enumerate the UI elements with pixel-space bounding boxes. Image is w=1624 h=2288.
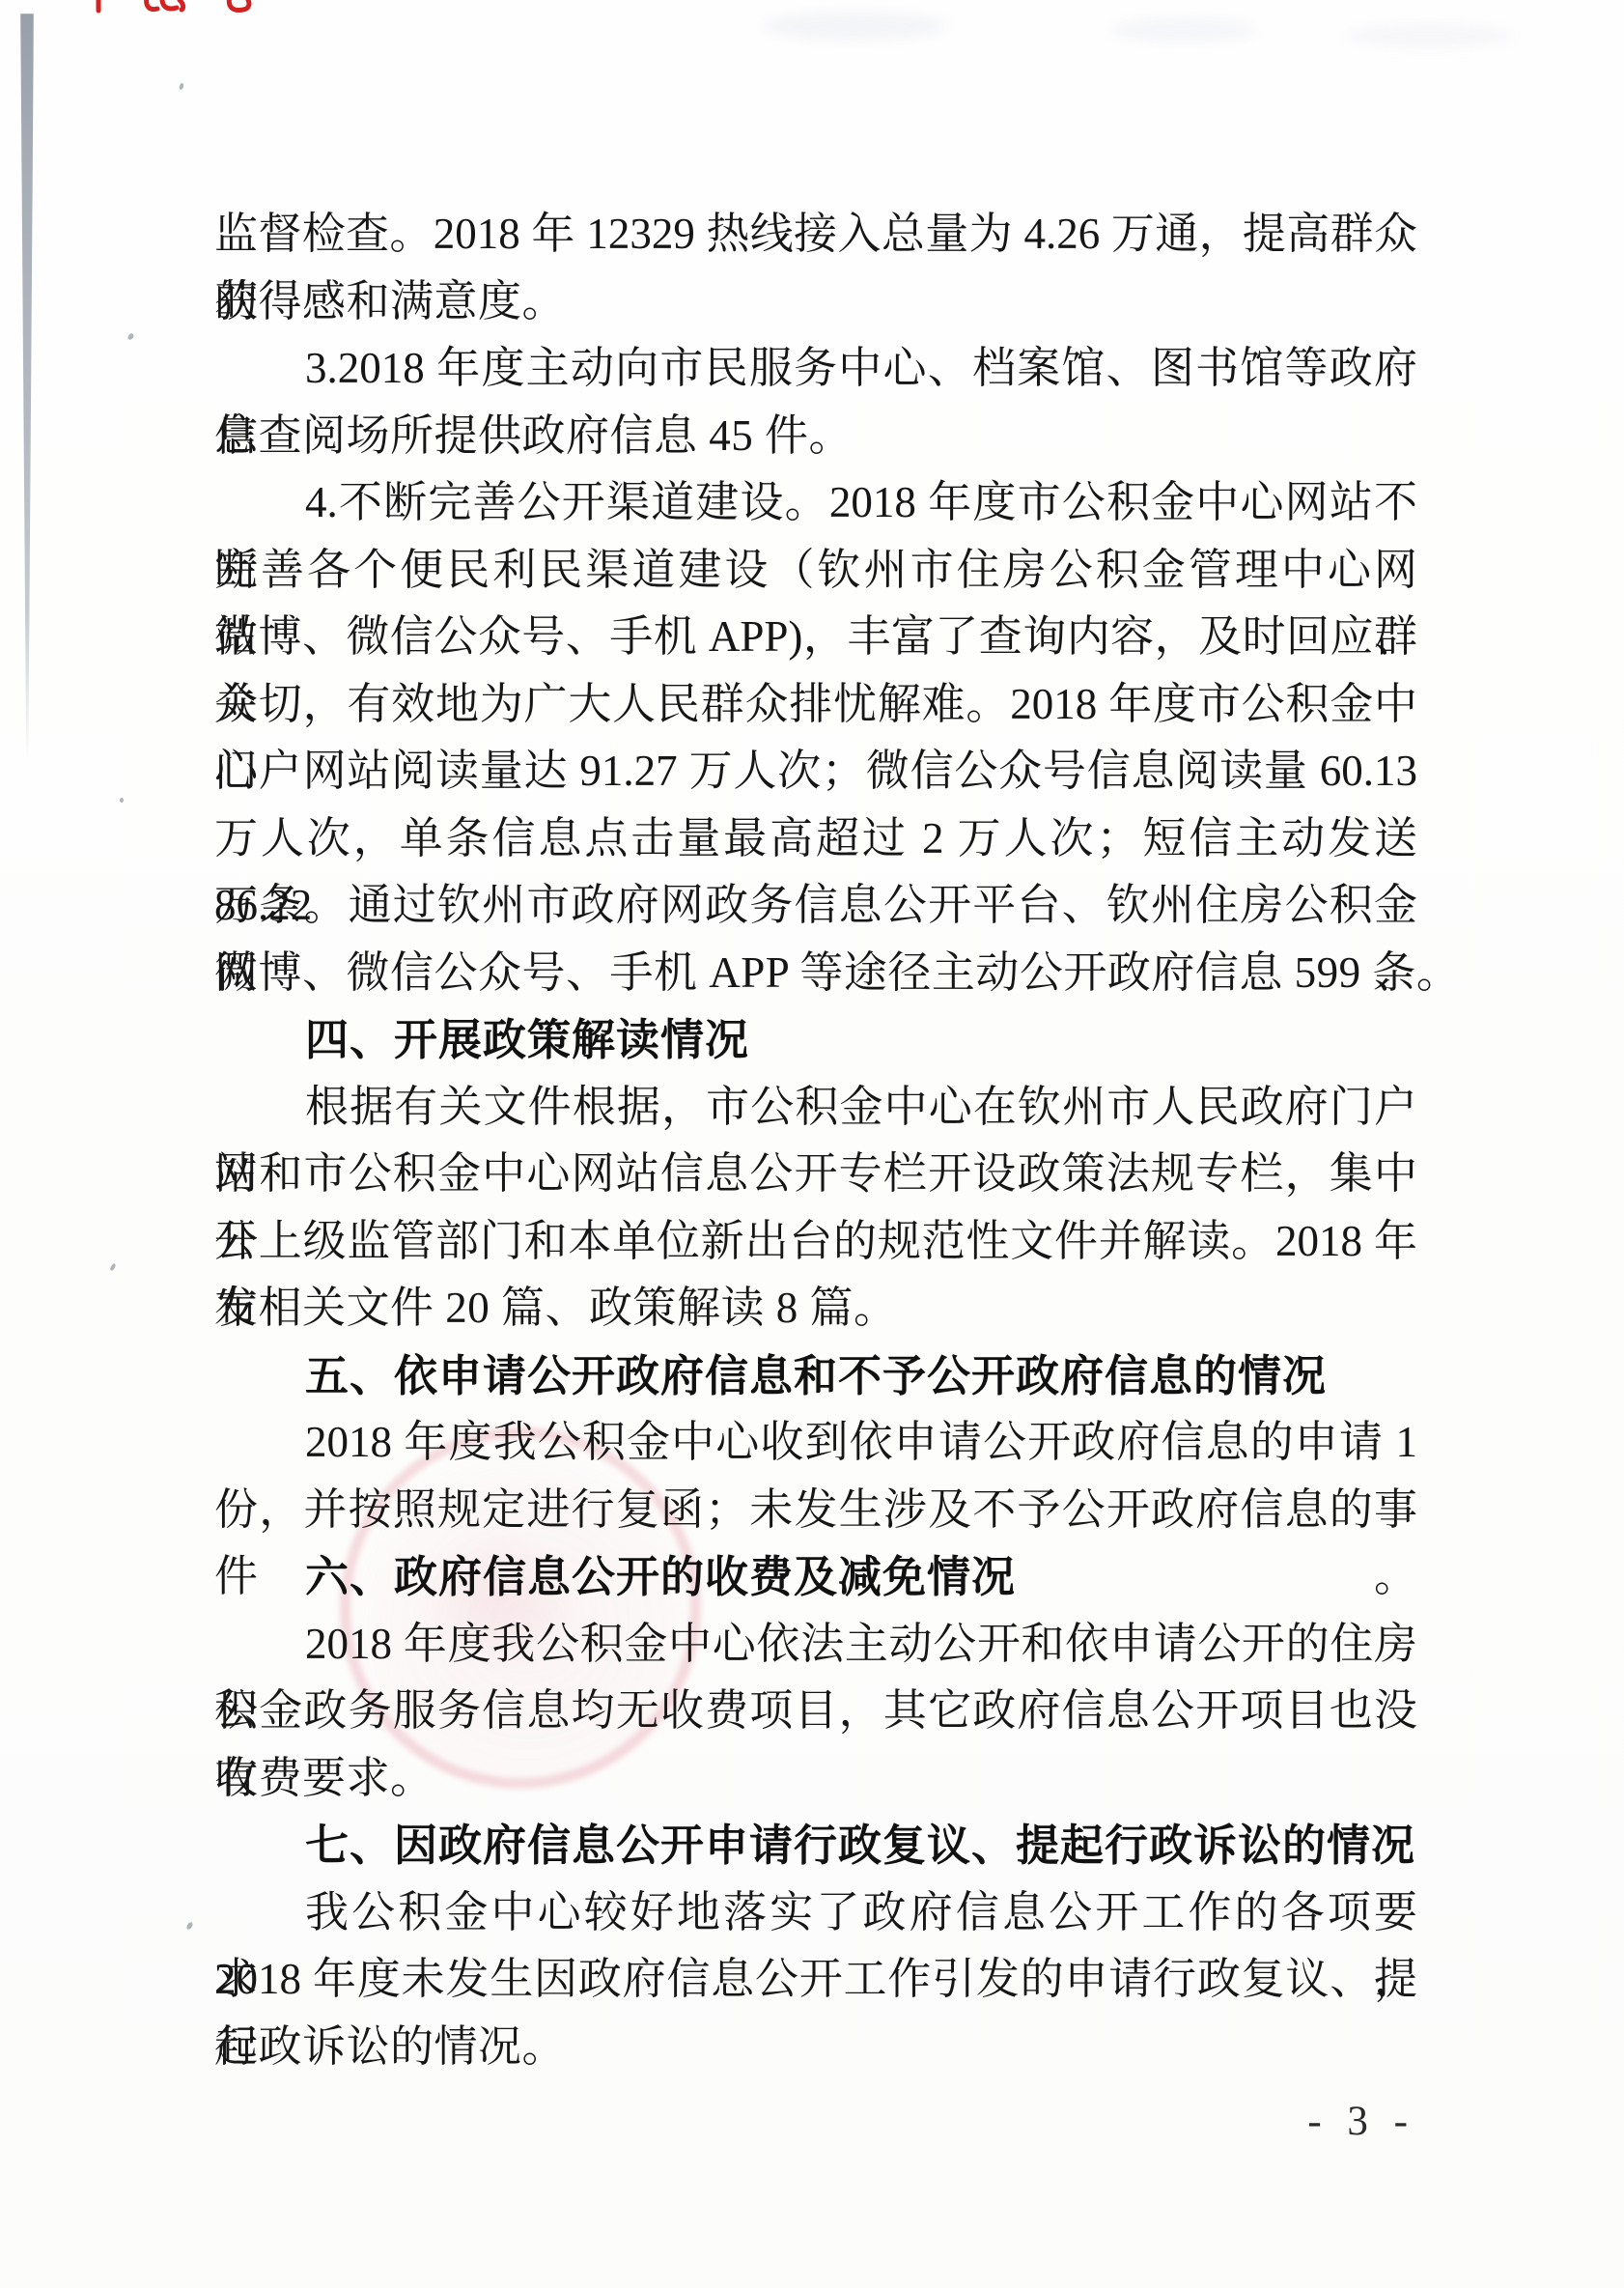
text-line: 万条。通过钦州市政府网政务信息公开平台、钦州住房公积金网、 bbox=[214, 872, 1417, 940]
scan-fleck bbox=[185, 1921, 194, 1930]
text-line: 份，并按照规定进行复函；未发生涉及不予公开政府信息的事件。 bbox=[214, 1477, 1417, 1544]
text-line: 息查阅场所提供政府信息 45 件。 bbox=[214, 403, 1417, 470]
text-line: 门户网站阅读量达 91.27 万人次；微信公众号信息阅读量 60.13 bbox=[214, 738, 1417, 805]
scanned-document-page: 监督检查。2018 年 12329 热线接入总量为 4.26 万通，提高群众的获… bbox=[0, 0, 1624, 2288]
scan-edge-shadow bbox=[19, 14, 34, 759]
text-line: 积金政务服务信息均无收费项目，其它政府信息公开项目也没有 bbox=[214, 1678, 1417, 1745]
scan-fleck bbox=[109, 1263, 116, 1272]
text-line: 2018 年度我公积金中心收到依申请公开政府信息的申请 1 bbox=[214, 1409, 1417, 1477]
text-line: 微博、微信公众号、手机 APP)，丰富了查询内容，及时回应群众 bbox=[214, 604, 1417, 671]
text-line: 完善各个便民利民渠道建设（钦州市住房公积金管理中心网站、 bbox=[214, 537, 1417, 605]
bleedthrough-smudge bbox=[763, 12, 946, 41]
text-line: 开上级监管部门和本单位新出台的规范性文件并解读。2018 年发 bbox=[214, 1208, 1417, 1276]
section-heading: 七、因政府信息公开申请行政复议、提起行政诉讼的情况 bbox=[214, 1812, 1417, 1879]
text-line: 获得感和满意度。 bbox=[214, 268, 1417, 336]
scan-fleck bbox=[120, 798, 125, 804]
bleedthrough-smudge bbox=[1347, 23, 1511, 48]
bleedthrough-smudge bbox=[1110, 17, 1255, 42]
text-line: 根据有关文件根据，市公积金中心在钦州市人民政府门户网 bbox=[214, 1074, 1417, 1142]
text-line: 收费要求。 bbox=[214, 1745, 1417, 1813]
section-heading: 四、开展政策解读情况 bbox=[214, 1006, 1417, 1074]
text-line: 关切，有效地为广大人民群众排忧解难。2018 年度市公积金中心 bbox=[214, 671, 1417, 739]
text-line: 2018 年度我公积金中心依法主动公开和依申请公开的住房公 bbox=[214, 1611, 1417, 1679]
text-line: 微博、微信公众号、手机 APP 等途径主动公开政府信息 599 条。 bbox=[214, 940, 1417, 1007]
document-text: 监督检查。2018 年 12329 热线接入总量为 4.26 万通，提高群众的获… bbox=[214, 201, 1417, 2080]
text-line: 4.不断完善公开渠道建设。2018 年度市公积金中心网站不断 bbox=[214, 469, 1417, 537]
text-line: 站和市公积金中心网站信息公开专栏开设政策法规专栏，集中公 bbox=[214, 1141, 1417, 1208]
text-line: 2018 年度未发生因政府信息公开工作引发的申请行政复议、提起 bbox=[214, 1946, 1417, 2014]
text-line: 3.2018 年度主动向市民服务中心、档案馆、图书馆等政府信 bbox=[214, 335, 1417, 403]
scan-fleck bbox=[126, 332, 134, 341]
text-line: 我公积金中心较好地落实了政府信息公开工作的各项要求， bbox=[214, 1879, 1417, 1947]
text-line: 行政诉讼的情况。 bbox=[214, 2014, 1417, 2081]
scan-fleck bbox=[179, 83, 184, 91]
section-heading: 五、依申请公开政府信息和不予公开政府信息的情况 bbox=[214, 1342, 1417, 1410]
text-line: 万人次，单条信息点击量最高超过 2 万人次；短信主动发送 86.22 bbox=[214, 805, 1417, 873]
page-number: - 3 - bbox=[1307, 2098, 1415, 2145]
text-line: 监督检查。2018 年 12329 热线接入总量为 4.26 万通，提高群众的 bbox=[214, 201, 1417, 268]
red-ink-marks-icon bbox=[0, 0, 309, 17]
text-line: 布相关文件 20 篇、政策解读 8 篇。 bbox=[214, 1275, 1417, 1342]
